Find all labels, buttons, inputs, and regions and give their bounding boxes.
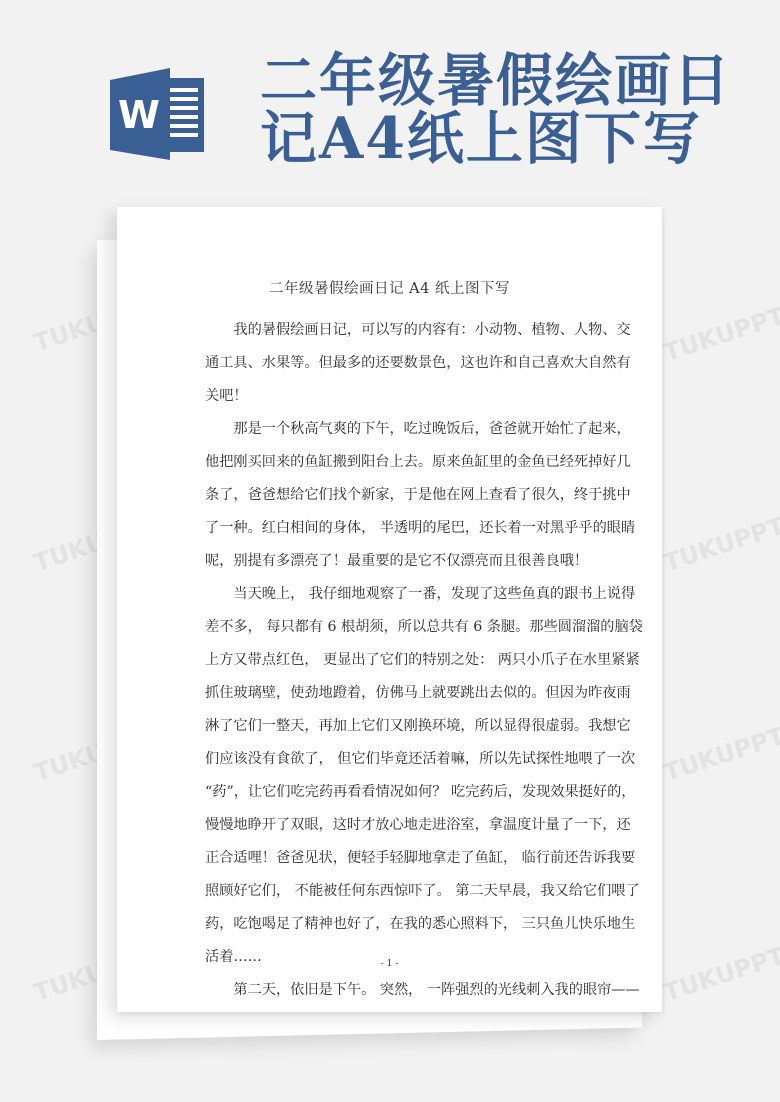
- text-line: 呢，别提有多漂亮了！最重要的是它不仅漂亮而且很善良哦！: [177, 545, 605, 578]
- paragraph-4: 第二天，依旧是下午。 突然， 一阵强烈的光线刺入我的眼帘——: [205, 974, 605, 1007]
- document-body: 我的暑假绘画日记，可以写的内容有：小动物、植物、人物、交 通工具、水果等。但最多…: [205, 314, 605, 1007]
- paragraph-3: 当天晚上， 我仔细地观察了一番，发现了这些鱼真的跟书上说得 差不多， 每只都有 …: [205, 578, 605, 974]
- text-line: 第二天，依旧是下午。 突然， 一阵强烈的光线刺入我的眼帘——: [205, 974, 605, 1007]
- text-line: 活着……: [177, 941, 605, 974]
- text-line: 差不多， 每只都有 6 根胡须，所以总共有 6 条腿。那些圆溜溜的脑袋: [177, 611, 605, 644]
- text-line: 淋了它们一整天，再加上它们又刚换环境，所以显得很虚弱。我想它: [177, 710, 605, 743]
- text-line: 关吧！: [177, 380, 605, 413]
- watermark: TUKUPPT.COM: [660, 921, 780, 1007]
- svg-text:W: W: [118, 93, 160, 137]
- hero-title-line-2: 记A4纸上图下写: [260, 110, 760, 168]
- text-line: 照顾好它们， 不能被任何东西惊吓了。 第二天早晨，我又给它们喂了: [177, 875, 605, 908]
- paragraph-1: 我的暑假绘画日记，可以写的内容有：小动物、植物、人物、交 通工具、水果等。但最多…: [205, 314, 605, 413]
- word-document-icon: W: [108, 66, 208, 162]
- text-line: 通工具、水果等。但最多的还要数景色，这也许和自己喜欢大自然有: [177, 347, 605, 380]
- text-line: 正合适哩！爸爸见状，便轻手轻脚地拿走了鱼缸， 临行前还告诉我要: [177, 842, 605, 875]
- text-line: 抓住玻璃壁，使劲地蹬着，仿佛马上就要跳出去似的。但因为昨夜雨: [177, 677, 605, 710]
- text-line: 慢慢地睁开了双眼，这时才放心地走进浴室，拿温度计量了一下，还: [177, 809, 605, 842]
- text-line: 药，吃饱喝足了精神也好了，在我的悉心照料下， 三只鱼儿快乐地生: [177, 908, 605, 941]
- document-title: 二年级暑假绘画日记 A4 纸上图下写: [117, 277, 662, 298]
- watermark: TUKUPPT.COM: [660, 491, 780, 577]
- document-page: 二年级暑假绘画日记 A4 纸上图下写 我的暑假绘画日记，可以写的内容有：小动物、…: [117, 207, 662, 1012]
- hero-title-line-1: 二年级暑假绘画日: [260, 52, 760, 110]
- watermark: TUKUPPT.COM: [660, 701, 780, 787]
- text-line: 那是一个秋高气爽的下午，吃过晚饭后，爸爸就开始忙了起来，: [205, 413, 605, 446]
- text-line: 我的暑假绘画日记，可以写的内容有：小动物、植物、人物、交: [205, 314, 605, 347]
- text-line: 们应该没有食欲了， 但它们毕竟还活着嘛，所以先试探性地喂了一次: [177, 743, 605, 776]
- hero-title: 二年级暑假绘画日 记A4纸上图下写: [260, 52, 760, 168]
- watermark: TUKUPPT.COM: [660, 281, 780, 367]
- text-line: 上方又带点红色， 更显出了它们的特别之处： 两只小爪子在水里紧紧: [177, 644, 605, 677]
- page-number: - 1 -: [117, 959, 662, 969]
- hero-banner: W 二年级暑假绘画日 记A4纸上图下写: [0, 0, 780, 200]
- text-line: 他把刚买回来的鱼缸搬到阳台上去。原来鱼缸里的金鱼已经死掉好几: [177, 446, 605, 479]
- text-line: 当天晚上， 我仔细地观察了一番，发现了这些鱼真的跟书上说得: [205, 578, 605, 611]
- text-line: “药”，让它们吃完药再看看情况如何？ 吃完药后，发现效果挺好的，: [177, 776, 605, 809]
- text-line: 条了，爸爸想给它们找个新家，于是他在网上查看了很久，终于挑中: [177, 479, 605, 512]
- paragraph-2: 那是一个秋高气爽的下午，吃过晚饭后，爸爸就开始忙了起来， 他把刚买回来的鱼缸搬到…: [205, 413, 605, 578]
- text-line: 了一种。红白相间的身体， 半透明的尾巴，还长着一对黑乎乎的眼睛: [177, 512, 605, 545]
